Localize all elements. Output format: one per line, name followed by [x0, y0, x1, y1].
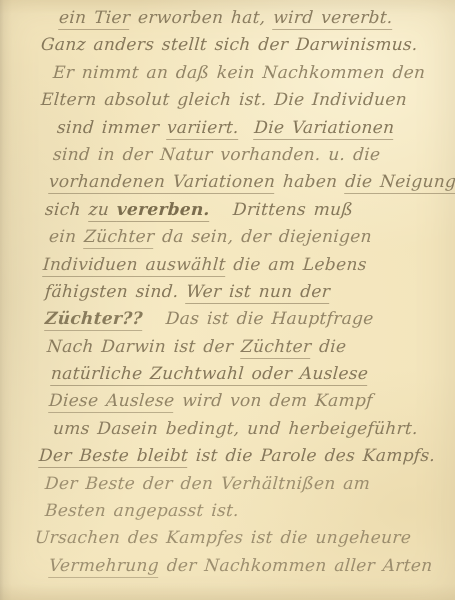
underlined-text-segment: natürliche Zuchtwahl oder Auslese: [50, 364, 369, 386]
text-segment: fähigsten sind.: [44, 282, 187, 302]
text-segment: die: [311, 337, 347, 357]
manuscript-text: ein Tier erworben hat, wird vererbt.Ganz…: [0, 5, 455, 580]
text-segment: der Nachkommen aller Arten: [158, 556, 433, 576]
manuscript-line: Er nimmt an daß kein Nachkommen den: [52, 60, 455, 87]
underlined-text-segment: Individuen auswählt: [42, 255, 226, 277]
manuscript-line: Individuen auswählt die am Lebens: [42, 252, 455, 279]
text-segment: wird von dem Kampf: [174, 391, 374, 411]
manuscript-line: Diese Auslese wird von dem Kampf: [48, 388, 455, 415]
manuscript-line: Besten angepasst ist.: [44, 498, 455, 525]
text-segment: sind in der Natur vorhanden. u. die: [52, 145, 381, 165]
underlined-text-segment: ein Tier: [58, 8, 131, 30]
text-segment: Drittens muß: [209, 200, 354, 220]
underlined-text-segment: Die Variationen: [253, 118, 395, 140]
underlined-text-segment: vererben.: [116, 200, 211, 222]
text-segment: die am Lebens: [225, 255, 367, 275]
text-segment: erworben hat,: [130, 8, 274, 28]
manuscript-line: ein Züchter da sein, der diejenigen: [48, 224, 455, 251]
manuscript-line: Ursachen des Kampfes ist die ungeheure: [34, 525, 455, 552]
manuscript-line: Nach Darwin ist der Züchter die: [46, 334, 455, 361]
manuscript-line: ums Dasein bedingt, und herbeigeführt.: [52, 416, 455, 443]
text-segment: Nach Darwin ist der: [46, 337, 241, 357]
text-segment: ein: [48, 227, 84, 247]
underlined-text-segment: Vermehrung: [48, 556, 159, 578]
text-segment: ums Dasein bedingt, und herbeigeführt.: [52, 419, 418, 439]
text-segment: Ganz anders stellt sich der Darwinismus.: [40, 35, 418, 55]
text-segment: Ursachen des Kampfes ist die ungeheure: [34, 528, 412, 548]
manuscript-line: sind immer variiert. Die Variationen: [56, 115, 455, 142]
manuscript-line: Vermehrung der Nachkommen aller Arten: [48, 553, 455, 580]
manuscript-line: vorhandenen Variationen haben die Neigun…: [48, 169, 455, 196]
manuscript-line: Eltern absolut gleich ist. Die Individue…: [40, 87, 455, 114]
underlined-text-segment: wird vererbt.: [272, 8, 393, 30]
underlined-text-segment: Züchter: [240, 337, 312, 359]
manuscript-line: sind in der Natur vorhanden. u. die: [52, 142, 455, 169]
manuscript-line: fähigsten sind. Wer ist nun der: [44, 279, 455, 306]
text-segment: sich: [44, 200, 89, 220]
manuscript-line: Züchter?? Das ist die Hauptfrage: [44, 306, 455, 333]
manuscript-line: natürliche Zuchtwahl oder Auslese: [50, 361, 455, 388]
manuscript-line: Der Beste bleibt ist die Parole des Kamp…: [38, 443, 455, 470]
text-segment: sind immer: [56, 118, 167, 138]
underlined-text-segment: vorhandenen Variationen: [48, 172, 276, 194]
underlined-text-segment: Züchter: [83, 227, 155, 249]
text-segment: Er nimmt an daß kein Nachkommen den: [52, 63, 426, 83]
underlined-text-segment: variiert.: [166, 118, 239, 140]
underlined-text-segment: die Neigung: [344, 172, 455, 194]
manuscript-line: Der Beste der den Verhältnißen am: [44, 471, 455, 498]
manuscript-page: ein Tier erworben hat, wird vererbt.Ganz…: [0, 0, 455, 600]
manuscript-line: sich zu vererben. Drittens muß: [44, 197, 455, 224]
underlined-text-segment: Wer ist nun der: [185, 282, 330, 304]
underlined-text-segment: Züchter??: [44, 309, 143, 331]
underlined-text-segment: Diese Auslese: [48, 391, 175, 413]
manuscript-line: ein Tier erworben hat, wird vererbt.: [58, 5, 455, 32]
text-segment: haben: [275, 172, 346, 192]
text-segment: Der Beste der den Verhältnißen am: [44, 474, 371, 494]
text-segment: da sein, der diejenigen: [154, 227, 373, 247]
underlined-text-segment: Der Beste bleibt: [38, 446, 189, 468]
text-segment: Das ist die Hauptfrage: [142, 309, 374, 329]
text-segment: ist die Parole des Kampfs.: [187, 446, 435, 466]
manuscript-line: Ganz anders stellt sich der Darwinismus.: [40, 32, 455, 59]
underlined-text-segment: zu: [88, 200, 118, 222]
text-segment: [238, 118, 255, 138]
text-segment: Besten angepasst ist.: [44, 501, 239, 521]
text-segment: Eltern absolut gleich ist. Die Individue…: [40, 90, 407, 110]
